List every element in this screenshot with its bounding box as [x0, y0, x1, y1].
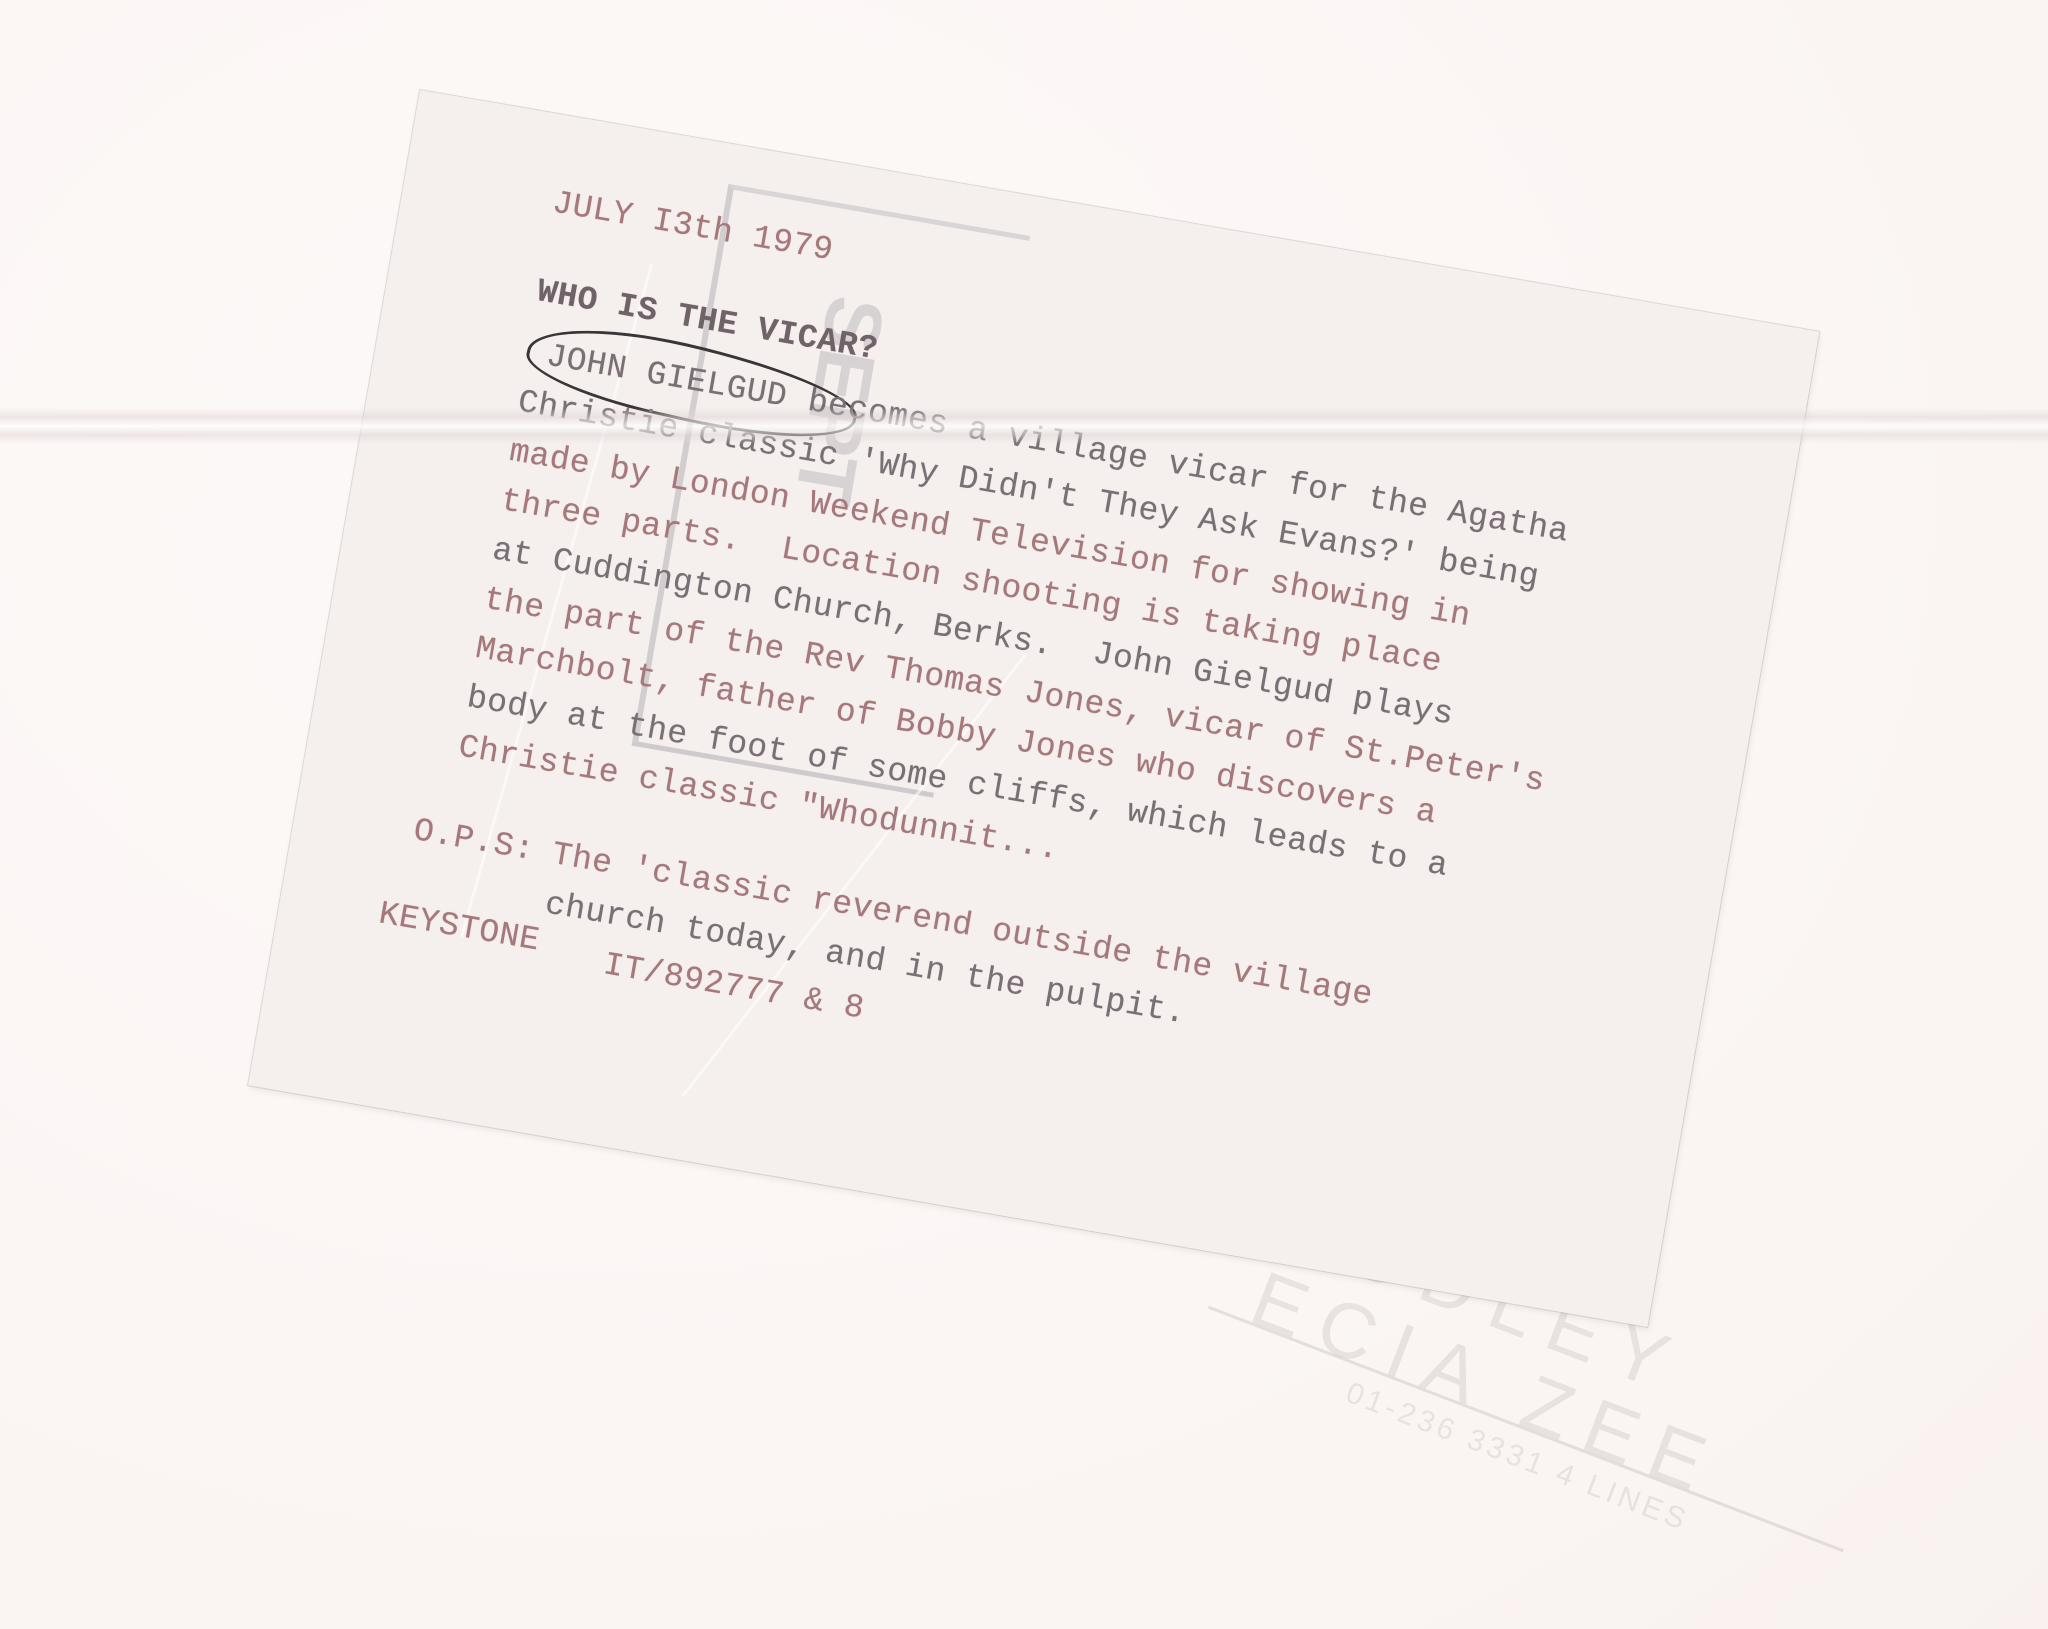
dateline: JULY I3th 1979	[550, 185, 836, 270]
caption-label: O.P.S:	[411, 812, 537, 869]
